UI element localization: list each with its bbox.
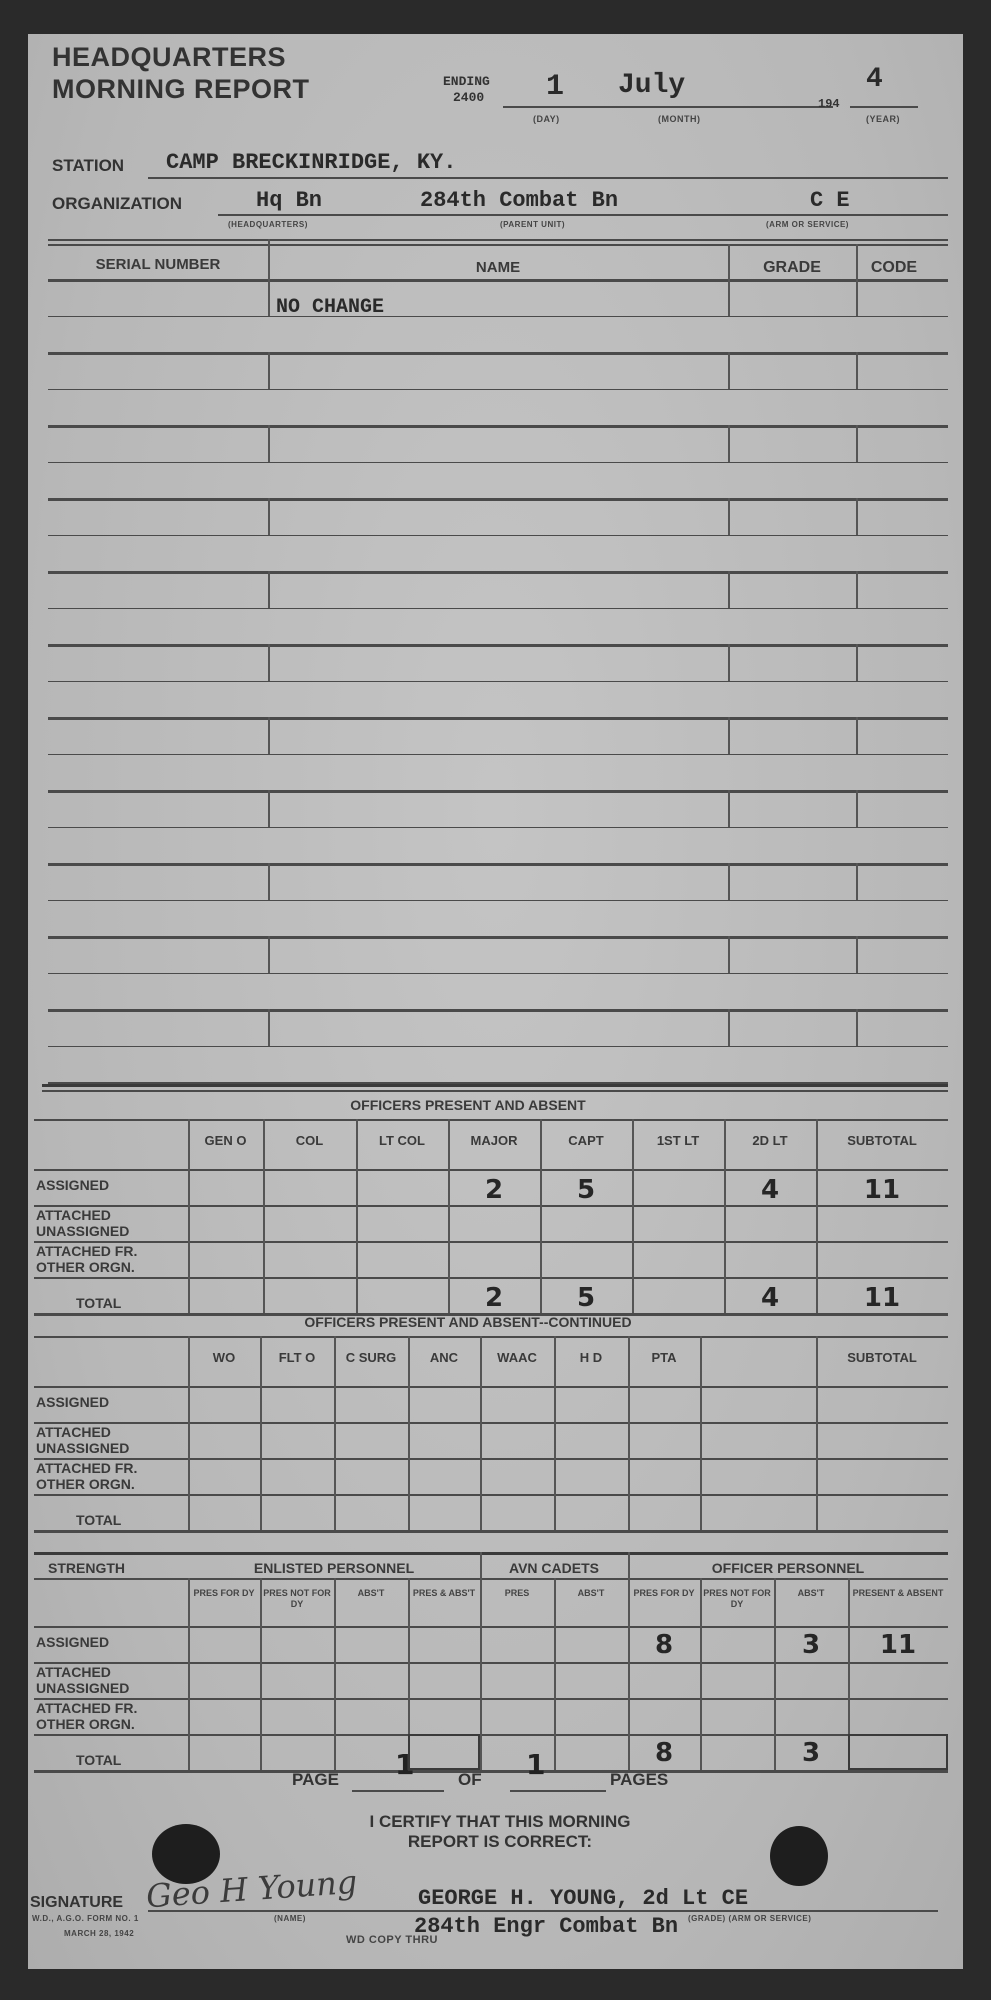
- entry-row-line: [48, 571, 948, 574]
- entry-row-line: [48, 1046, 948, 1048]
- of-label: OF: [458, 1770, 482, 1790]
- entry-column-divider: [856, 279, 858, 316]
- col-grade: GRADE: [728, 259, 856, 277]
- col-name: NAME: [268, 259, 728, 276]
- entry-column-divider: [728, 571, 730, 608]
- typed-signer-name: GEORGE H. YOUNG, 2d Lt CE: [418, 1886, 748, 1911]
- signature-line: [148, 1910, 938, 1912]
- table-line: [34, 1336, 948, 1338]
- table-row-line: [34, 1626, 948, 1628]
- table-column-divider: [700, 1336, 702, 1530]
- table-column-divider: [263, 1119, 265, 1313]
- entry-column-divider: [728, 279, 730, 316]
- column-header: CAPT: [540, 1133, 632, 1148]
- entry-column-divider: [728, 863, 730, 900]
- entry-row-line: [48, 535, 948, 537]
- table-cell: 11: [816, 1283, 948, 1313]
- table-cell: 3: [774, 1738, 848, 1768]
- grade-arm-caption: (GRADE) (ARM OR SERVICE): [688, 1914, 811, 1923]
- entry-row-line: [48, 279, 948, 282]
- strength-subcolumn-header: PRESENT & ABSENT: [850, 1588, 946, 1599]
- entry-column-divider: [728, 644, 730, 681]
- entry-row-line: [48, 790, 948, 793]
- strength-group-header: ENLISTED PERSONNEL: [188, 1560, 480, 1576]
- headquarters-caption: (HEADQUARTERS): [228, 220, 308, 229]
- table-cell: 8: [628, 1738, 700, 1768]
- table-row-line: [34, 1169, 948, 1171]
- row-label: ASSIGNED: [36, 1177, 166, 1193]
- table-row-line: [34, 1277, 948, 1279]
- morning-report-form: HEADQUARTERS MORNING REPORT ENDING 2400 …: [28, 34, 963, 1969]
- strength-subcolumn-header: PRES FOR DY: [630, 1588, 698, 1599]
- arm-service-caption: (ARM OR SERVICE): [766, 220, 849, 229]
- row-label: ATTACHED FR. OTHER ORGN.: [36, 1700, 166, 1732]
- entry-column-divider: [856, 1009, 858, 1046]
- entry-column-divider: [856, 863, 858, 900]
- certify-line-1: I CERTIFY THAT THIS MORNING: [300, 1812, 700, 1832]
- org-parent-unit: 284th Combat Bn: [420, 188, 618, 213]
- table-cell: 5: [540, 1283, 632, 1313]
- page-number: 1: [395, 1748, 414, 1781]
- org-arm-service: C E: [810, 188, 850, 213]
- table-row-line: [34, 1698, 948, 1700]
- table-row-line: [34, 1494, 948, 1496]
- table-row-line: [34, 1530, 948, 1533]
- ending-time: 2400: [453, 90, 484, 105]
- entry-column-divider: [268, 790, 270, 827]
- column-header: GEN O: [188, 1133, 263, 1148]
- column-header: WO: [188, 1350, 260, 1365]
- table-column-divider: [334, 1336, 336, 1530]
- entry-column-divider: [728, 352, 730, 389]
- entry-row-line: [48, 389, 948, 391]
- entry-row-line: [48, 936, 948, 939]
- table-column-divider: [554, 1578, 556, 1770]
- column-header: PTA: [628, 1350, 700, 1365]
- table-row-line: [34, 1241, 948, 1243]
- officers-section-title: OFFICERS PRESENT AND ABSENT: [188, 1097, 748, 1113]
- entry-row-line: [48, 316, 948, 318]
- form-number: W.D., A.G.O. FORM NO. 1: [32, 1914, 139, 1923]
- column-header: SUBTOTAL: [816, 1133, 948, 1148]
- org-headquarters: Hq Bn: [256, 188, 322, 213]
- entries-top-border-2: [48, 244, 948, 246]
- table-row-line: [34, 1458, 948, 1460]
- entry-row-line: [48, 717, 948, 720]
- table-cell: 8: [628, 1630, 700, 1660]
- organization-label: ORGANIZATION: [52, 194, 182, 214]
- signature-label: SIGNATURE: [30, 1894, 123, 1912]
- entry-row-line: [48, 425, 948, 428]
- row-label: TOTAL: [36, 1295, 206, 1311]
- table-cell: 4: [724, 1283, 816, 1313]
- table-line: [34, 1578, 948, 1580]
- entry-column-divider: [268, 571, 270, 608]
- certify-line-2: REPORT IS CORRECT:: [300, 1832, 700, 1852]
- entry-row-line: [48, 681, 948, 683]
- entry-column-divider: [856, 717, 858, 754]
- col-serial-number: SERIAL NUMBER: [48, 256, 268, 273]
- table-column-divider: [188, 1336, 190, 1530]
- ending-label: ENDING: [443, 74, 490, 89]
- total-enlisted-box: [408, 1734, 480, 1770]
- day-caption: (DAY): [533, 114, 560, 124]
- column-header: MAJOR: [448, 1133, 540, 1148]
- entry-column-divider: [268, 863, 270, 900]
- month-caption: (MONTH): [658, 114, 701, 124]
- strength-subcolumn-header: ABS'T: [556, 1588, 626, 1599]
- entry-column-divider: [856, 244, 858, 279]
- organization-line: [218, 214, 948, 216]
- table-cell: 4: [724, 1175, 816, 1205]
- entry-row-line: [48, 608, 948, 610]
- entry-column-divider: [268, 352, 270, 389]
- report-month: July: [618, 70, 685, 101]
- table-row-line: [34, 1205, 948, 1207]
- table-column-divider: [188, 1578, 190, 1770]
- table-row-line: [34, 1422, 948, 1424]
- entry-row-line: [48, 498, 948, 501]
- entry-column-divider: [268, 239, 270, 279]
- entry-column-divider: [728, 244, 730, 279]
- entry-column-divider: [728, 425, 730, 462]
- entry-column-divider: [268, 279, 270, 316]
- entry-column-divider: [728, 1009, 730, 1046]
- column-header: WAAC: [480, 1350, 554, 1365]
- column-header: SUBTOTAL: [816, 1350, 948, 1365]
- entry-row-line: [48, 973, 948, 975]
- date-line: [503, 106, 833, 108]
- table-cell: 11: [816, 1175, 948, 1205]
- year-caption: (YEAR): [866, 114, 900, 124]
- total-officer-box: [848, 1734, 948, 1770]
- entry-row-line: [48, 863, 948, 866]
- entry-column-divider: [268, 498, 270, 535]
- year-prefix: 194: [818, 97, 840, 111]
- wd-copy-note: WD COPY THRU: [346, 1934, 438, 1946]
- name-caption: (NAME): [274, 1914, 306, 1923]
- report-day: 1: [546, 70, 564, 104]
- entries-bottom-border: [42, 1084, 948, 1087]
- row-label: ATTACHED UNASSIGNED: [36, 1664, 166, 1696]
- row-label: ATTACHED FR. OTHER ORGN.: [36, 1243, 166, 1275]
- entry-column-divider: [856, 936, 858, 973]
- station-value: CAMP BRECKINRIDGE, KY.: [166, 150, 456, 175]
- table-column-divider: [188, 1119, 190, 1313]
- table-row-line: [34, 1734, 948, 1736]
- entry-column-divider: [268, 936, 270, 973]
- strength-label: STRENGTH: [48, 1560, 125, 1576]
- table-cell: 2: [448, 1175, 540, 1205]
- column-header: FLT O: [260, 1350, 334, 1365]
- page-total: 1: [526, 1748, 545, 1781]
- strength-subcolumn-header: ABS'T: [776, 1588, 846, 1599]
- column-header: 2D LT: [724, 1133, 816, 1148]
- column-header: ANC: [408, 1350, 480, 1365]
- entry-column-divider: [268, 644, 270, 681]
- entry-column-divider: [728, 936, 730, 973]
- entry-column-divider: [268, 425, 270, 462]
- title-morning-report: MORNING REPORT: [52, 74, 310, 104]
- entry-column-divider: [856, 352, 858, 389]
- strength-subcolumn-header: PRES NOT FOR DY: [702, 1588, 772, 1610]
- entry-row-line: [48, 352, 948, 355]
- table-column-divider: [480, 1578, 482, 1770]
- entry-row-line: [48, 754, 948, 756]
- table-column-divider: [554, 1336, 556, 1530]
- column-header: C SURG: [334, 1350, 408, 1365]
- entry-column-divider: [856, 790, 858, 827]
- row-label: ATTACHED UNASSIGNED: [36, 1424, 166, 1456]
- entry-row-line: [48, 827, 948, 829]
- entry-column-divider: [728, 790, 730, 827]
- strength-subcolumn-header: PRES & ABS'T: [410, 1588, 478, 1599]
- table-row-line: [34, 1770, 948, 1773]
- table-column-divider: [260, 1336, 262, 1530]
- table-column-divider: [356, 1119, 358, 1313]
- table-cell: 2: [448, 1283, 540, 1313]
- column-header: 1ST LT: [632, 1133, 724, 1148]
- entry-column-divider: [728, 498, 730, 535]
- column-header: COL: [263, 1133, 356, 1148]
- strength-group-header: OFFICER PERSONNEL: [628, 1560, 948, 1576]
- table-line: [34, 1552, 948, 1555]
- table-column-divider: [628, 1552, 630, 1578]
- form-date: MARCH 28, 1942: [64, 1929, 134, 1938]
- entry-row-line: [48, 1009, 948, 1012]
- entry-column-divider: [856, 644, 858, 681]
- year-line: [850, 106, 918, 108]
- table-column-divider: [408, 1336, 410, 1530]
- table-column-divider: [816, 1336, 818, 1530]
- entry-column-divider: [268, 717, 270, 754]
- table-cell: 11: [848, 1630, 948, 1660]
- strength-subcolumn-header: ABS'T: [336, 1588, 406, 1599]
- report-year-digit: 4: [866, 64, 883, 95]
- table-cell: 5: [540, 1175, 632, 1205]
- strength-subcolumn-header: PRES: [482, 1588, 552, 1599]
- entries-top-border: [48, 239, 948, 241]
- station-label: STATION: [52, 156, 124, 176]
- row-label: ATTACHED FR. OTHER ORGN.: [36, 1460, 166, 1492]
- officers-cont-section-title: OFFICERS PRESENT AND ABSENT--CONTINUED: [188, 1314, 748, 1330]
- table-line: [34, 1119, 948, 1121]
- entry-column-divider: [268, 1009, 270, 1046]
- table-row-line: [34, 1386, 948, 1388]
- table-column-divider: [632, 1119, 634, 1313]
- entries-bottom-border-2: [42, 1090, 948, 1092]
- column-header: LT COL: [356, 1133, 448, 1148]
- row-label: TOTAL: [36, 1512, 206, 1528]
- strength-group-header: AVN CADETS: [480, 1560, 628, 1576]
- strength-subcolumn-header: PRES FOR DY: [190, 1588, 258, 1599]
- column-header: H D: [554, 1350, 628, 1365]
- station-line: [148, 177, 948, 179]
- total-pages-line: [510, 1790, 606, 1792]
- pages-label: PAGES: [610, 1770, 668, 1790]
- entry-column-divider: [856, 498, 858, 535]
- col-code: CODE: [856, 259, 932, 277]
- row-label: ATTACHED UNASSIGNED: [36, 1207, 166, 1239]
- entry-column-divider: [728, 717, 730, 754]
- page-label: PAGE: [292, 1770, 339, 1790]
- table-column-divider: [334, 1578, 336, 1770]
- strength-subcolumn-header: PRES NOT FOR DY: [262, 1588, 332, 1610]
- punch-hole-right: [770, 1826, 828, 1886]
- row-label: ASSIGNED: [36, 1394, 166, 1410]
- row-label: ASSIGNED: [36, 1634, 166, 1650]
- signer-unit: 284th Engr Combat Bn: [414, 1914, 678, 1939]
- entry-row-line: [48, 462, 948, 464]
- entry-row-line: [48, 644, 948, 647]
- entry-row-line: [48, 900, 948, 902]
- table-cell: 3: [774, 1630, 848, 1660]
- table-column-divider: [480, 1552, 482, 1578]
- parent-unit-caption: (PARENT UNIT): [500, 220, 565, 229]
- entry-column-divider: [856, 425, 858, 462]
- entry-column-divider: [856, 571, 858, 608]
- row-label: TOTAL: [36, 1752, 206, 1768]
- title-headquarters: HEADQUARTERS: [52, 42, 286, 72]
- table-row-line: [34, 1662, 948, 1664]
- page-line: [352, 1790, 444, 1792]
- table-column-divider: [628, 1336, 630, 1530]
- table-column-divider: [480, 1336, 482, 1530]
